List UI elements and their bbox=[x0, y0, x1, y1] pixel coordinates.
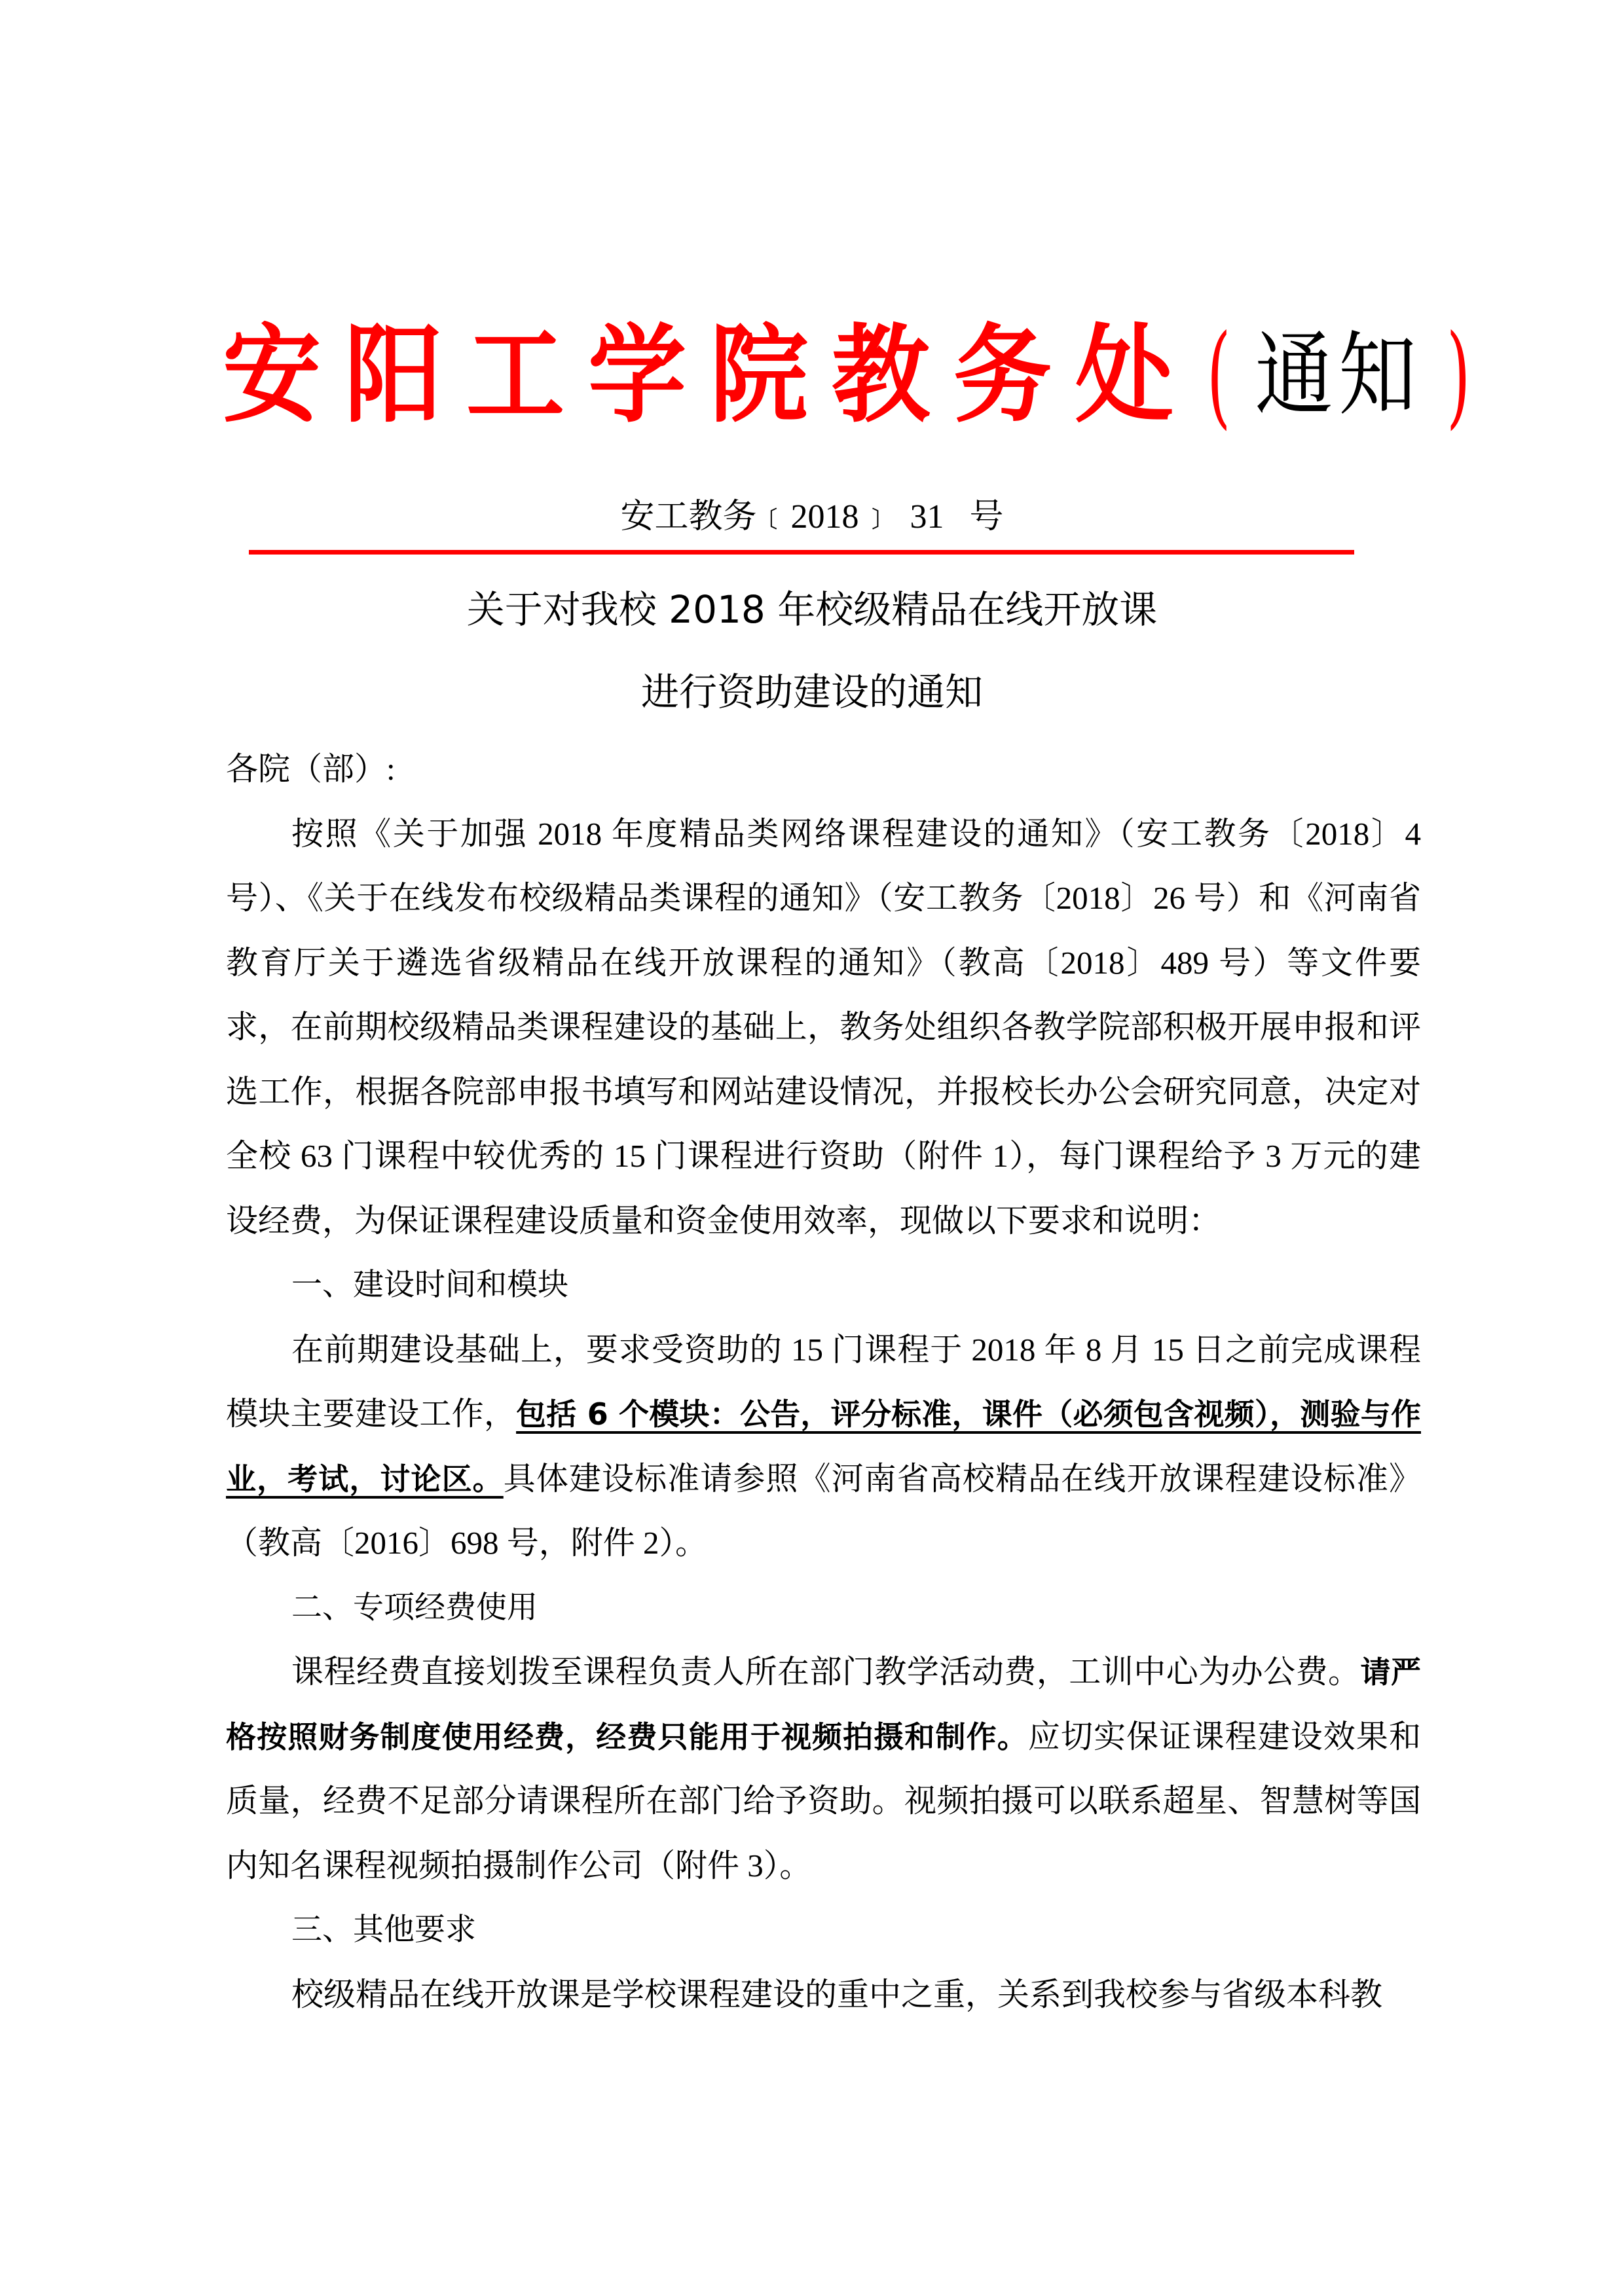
section-paragraph-2: 课程经费直接划拨至课程负责人所在部门教学活动费，工训中心为办公费。请严格按照财务… bbox=[226, 1640, 1421, 1898]
document-kind: 通知 bbox=[1255, 314, 1422, 438]
document-number: 安工教务﹝2018﹞ 31 号 bbox=[0, 496, 1624, 538]
salutation: 各院（部）: bbox=[226, 737, 1421, 802]
section-heading-1: 一、建设时间和模块 bbox=[226, 1253, 1421, 1318]
header-paren-open: ( bbox=[1207, 314, 1230, 438]
intro-paragraph: 按照《关于加强 2018 年度精品类网络课程建设的通知》（安工教务〔2018〕4… bbox=[226, 802, 1421, 1254]
section-paragraph-3: 校级精品在线开放课是学校课程建设的重中之重，关系到我校参与省级本科教 bbox=[226, 1963, 1421, 2028]
section-2-text-start: 课程经费直接划拨至课程负责人所在部门教学活动费，工训中心为办公费。 bbox=[291, 1654, 1361, 1690]
section-paragraph-1: 在前期建设基础上，要求受资助的 15 门课程于 2018 年 8 月 15 日之… bbox=[226, 1318, 1421, 1576]
issuing-organization: 安阳工学院教务处 bbox=[223, 308, 1197, 443]
subject-title-line-2: 进行资助建设的通知 bbox=[0, 666, 1624, 718]
document-body: 各院（部）: 按照《关于加强 2018 年度精品类网络课程建设的通知》（安工教务… bbox=[226, 737, 1421, 2027]
section-heading-3: 三、其他要求 bbox=[226, 1898, 1421, 1963]
document-header-title: 安阳工学院教务处(通知) bbox=[223, 313, 1401, 437]
red-header-rule bbox=[249, 550, 1354, 555]
header-paren-close: ) bbox=[1447, 314, 1470, 438]
section-heading-2: 二、专项经费使用 bbox=[226, 1576, 1421, 1641]
subject-title-line-1: 关于对我校 2018 年校级精品在线开放课 bbox=[0, 583, 1624, 636]
